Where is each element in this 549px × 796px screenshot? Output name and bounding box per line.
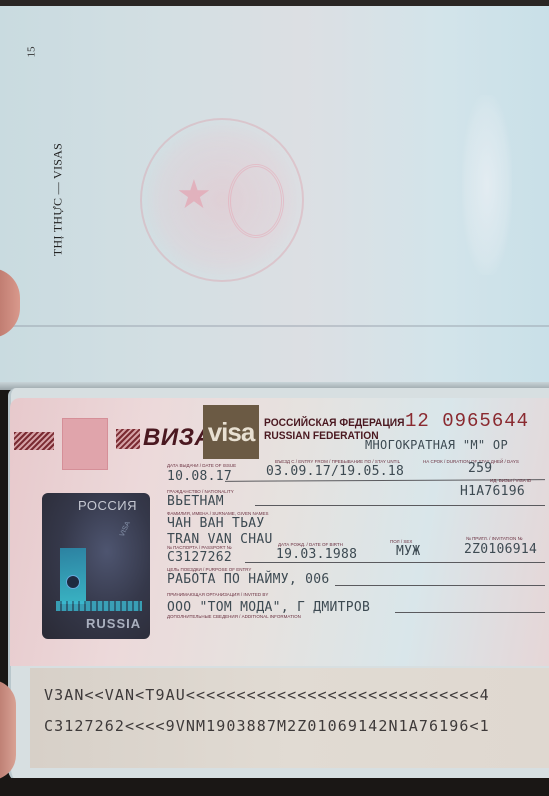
passport-page-upper: 15 THỊ THỰC — VISAS ★	[0, 0, 549, 390]
value-invitation: 2Z0106914	[464, 542, 537, 557]
mrz-line-1: V3AN<<VAN<T9AU<<<<<<<<<<<<<<<<<<<<<<<<<<…	[44, 686, 490, 704]
value-passport: C3127262	[167, 550, 232, 565]
divider	[335, 585, 545, 586]
visa-number: 12 0965644	[405, 410, 529, 432]
hologram: РОССИЯ VISA RUSSIA	[42, 493, 150, 639]
gear-icon	[228, 164, 284, 238]
divider	[255, 505, 545, 506]
kremlin-wall-icon	[56, 601, 142, 611]
security-stripe	[14, 432, 54, 450]
value-inviter: ООО "ТОМ МОДА", Г ДМИТРОВ	[167, 600, 370, 615]
value-sex: МУЖ	[396, 544, 420, 559]
hologram-top-text: РОССИЯ	[78, 498, 137, 513]
country-name-en: RUSSIAN FEDERATION	[264, 430, 379, 442]
label-additional: ДОПОЛНИТЕЛЬНЫЕ СВЕДЕНИЯ / ADDITIONAL INF…	[167, 614, 301, 619]
mrz-line-2: C3127262<<<<9VNM1903887M2Z01069142N1A761…	[44, 717, 490, 735]
page-number: 15	[26, 47, 38, 58]
top-shadow	[0, 0, 549, 6]
coat-of-arms-icon	[62, 418, 108, 470]
background-surface	[0, 778, 549, 796]
label-visa-id: ИД. ВИЗЫ / VISA ID	[490, 478, 531, 483]
page-fold-line	[0, 325, 549, 327]
hologram-side-text: VISA	[119, 521, 132, 538]
label-date-of-issue: ДАТА ВЫДАЧИ / DATE OF ISSUE	[167, 463, 236, 468]
clock-icon	[66, 575, 80, 589]
value-purpose: РАБОТА ПО НАЙМУ, 006	[167, 572, 330, 587]
divider	[395, 612, 545, 613]
finger	[0, 680, 16, 780]
star-icon: ★	[176, 172, 212, 218]
security-stripe	[116, 429, 140, 449]
value-nationality: ВЬЕТНАМ	[167, 494, 224, 509]
value-name-cyrillic: ЧАН ВАН ТЬАУ	[167, 516, 265, 531]
visa-logo: visa	[203, 405, 259, 459]
visa-title-latin: visa	[208, 417, 255, 448]
country-name-ru: РОССИЙСКАЯ ФЕДЕРАЦИЯ	[264, 417, 405, 429]
value-duration: 259	[468, 461, 492, 476]
label-inviter: ПРИНИМАЮЩАЯ ОРГАНИЗАЦИЯ / INVITED BY	[167, 592, 268, 597]
value-date-of-birth: 19.03.1988	[276, 547, 357, 562]
page-heading: THỊ THỰC — VISAS	[51, 140, 66, 260]
value-date-of-issue: 10.08.17	[167, 469, 232, 484]
visa-title-cyrillic: ВИЗА	[143, 424, 212, 452]
divider	[245, 562, 545, 563]
label-invitation: № ПРИГЛ. / INVITATION №	[466, 536, 522, 541]
vietnam-emblem-watermark: ★	[140, 118, 304, 282]
value-visa-id: H1A76196	[460, 484, 525, 499]
visa-category: МНОГОКРАТНАЯ "М" ОР	[365, 438, 508, 452]
decorative-watermark	[462, 95, 512, 275]
hologram-bottom-text: RUSSIA	[86, 616, 141, 631]
value-stay-period: 03.09.17/19.05.18	[266, 464, 404, 479]
